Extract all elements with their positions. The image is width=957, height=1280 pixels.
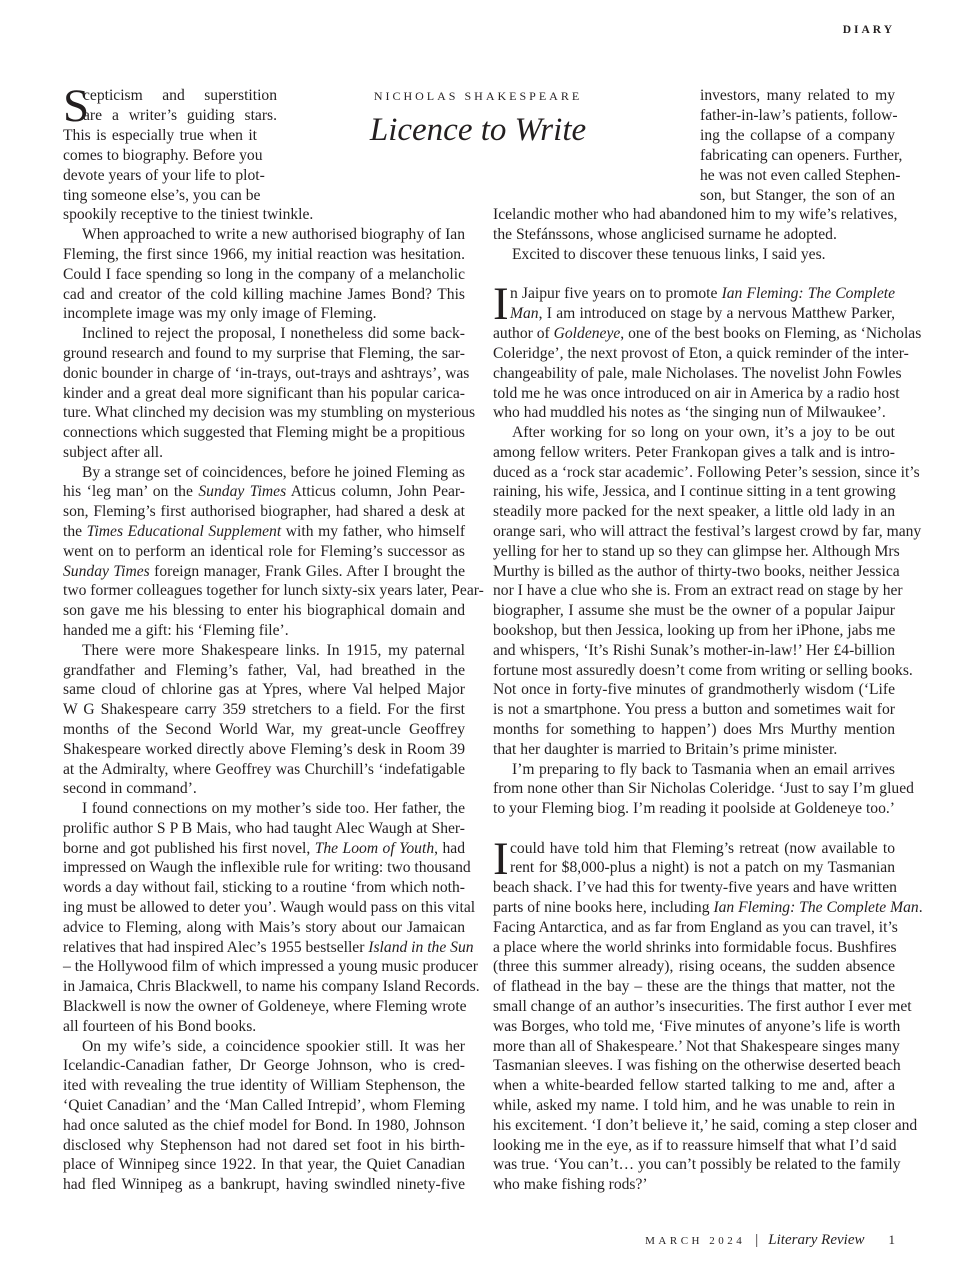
text-line: Fleming, the first since 1966, my initia… (63, 245, 465, 265)
text-line: to your Fleming biog. I’m reading it poo… (493, 799, 895, 819)
text-line: devote years of your life to plot- (63, 166, 257, 186)
text-line: Inclined to reject the proposal, I nonet… (63, 324, 465, 344)
text-line: he was not even called Stephen- (700, 166, 895, 186)
text-line: all fourteen of his Bond books. (63, 1017, 465, 1037)
text-line: ited with revealing the true identity of… (63, 1076, 465, 1096)
text-line: impressed on Waugh the inflexible rule f… (63, 858, 465, 878)
text-line: his excitement. ‘I don’t believe it,’ he… (493, 1116, 895, 1136)
text-line: investors, many related to my (700, 86, 895, 106)
text-line: spookily receptive to the tiniest twinkl… (63, 205, 465, 225)
text-line: – the Hollywood film of which impressed … (63, 957, 465, 977)
text-line: that her daughter is married to Britain’… (493, 740, 895, 760)
text-line: of flathead in the bay – these are the t… (493, 977, 895, 997)
right-column: investors, many related to myfather-in-l… (493, 0, 895, 1200)
text-line: had fled Winnipeg as a bankrupt, having … (63, 1175, 465, 1195)
text-line: orange sari, who will attract the festiv… (493, 522, 895, 542)
text-line: ing the collapse of a company (700, 126, 895, 146)
text-line: Coleridge’, the next provost of Eton, a … (493, 344, 895, 364)
dropcap-i: I (493, 839, 509, 879)
text-line: small change of an author’s insecurities… (493, 997, 895, 1017)
text-line: same cloud of chlorine gas at Ypres, whe… (63, 680, 465, 700)
text-line: place of Winnipeg since 1922. In that ye… (63, 1155, 465, 1175)
text-line: biographer, I assume she must be the own… (493, 601, 895, 621)
text-line: disclosed why Stephenson had not dared s… (63, 1136, 465, 1156)
footer-separator: | (755, 1232, 758, 1249)
text-line: Blackwell is now the owner of Goldeneye,… (63, 997, 465, 1017)
text-line: was true. ‘You can’t… you can’t possibly… (493, 1155, 895, 1175)
text-line: changeability of pale, male Nicholases. … (493, 364, 895, 384)
text-line: more than all of Shakespeare.’ Not that … (493, 1037, 895, 1057)
text-line: cad and creator of the cold killing mach… (63, 285, 465, 305)
text-line: and whispers, ‘It’s Rishi Sunak’s mother… (493, 641, 895, 661)
text-line: Excited to discover these tenuous links,… (493, 245, 895, 265)
text-line: looking me in the eye, as if to reassure… (493, 1136, 895, 1156)
text-line: n Jaipur five years on to promote Ian Fl… (510, 284, 895, 304)
text-line: borne and got published his first novel,… (63, 839, 465, 859)
text-line: I found connections on my mother’s side … (63, 799, 465, 819)
text-line: months of the Second World War, my great… (63, 720, 465, 740)
text-line: could have told him that Fleming’s retre… (510, 839, 895, 859)
dropcap-i: I (493, 284, 509, 324)
text-line: father-in-law’s patients, follow- (700, 106, 895, 126)
text-line: donic bounder in charge of ‘in-trays, ou… (63, 364, 465, 384)
text-line: W G Shakespeare carry 359 stretchers to … (63, 700, 465, 720)
text-line: Murthy is billed as the author of thirty… (493, 562, 895, 582)
text-line: son gave me his blessing to enter his bi… (63, 601, 465, 621)
text-line: yelling for her to stand up so they can … (493, 542, 895, 562)
text-line: ing must be allowed to deter you’. Waugh… (63, 898, 465, 918)
issue-date: MARCH 2024 (645, 1235, 745, 1247)
text-line: Could I face spending so long in the com… (63, 265, 465, 285)
text-line: had once saluted as the chief model for … (63, 1116, 465, 1136)
text-line: from none other than Sir Nicholas Coleri… (493, 779, 895, 799)
text-line: when a white-bearded fellow started talk… (493, 1076, 895, 1096)
text-line: duced as a ‘rock star academic’. Followi… (493, 463, 895, 483)
text-line: I’m preparing to fly back to Tasmania wh… (493, 760, 895, 780)
text-line: who had muddled his notes as ‘the singin… (493, 403, 895, 423)
text-line: his ‘leg man’ on the Sunday Times Atticu… (63, 482, 465, 502)
text-line: who make fishing rods?’ (493, 1175, 895, 1195)
footer: MARCH 2024 | Literary Review 1 (645, 1232, 895, 1249)
text-line: author of Goldeneye, one of the best boo… (493, 324, 895, 344)
text-line: On my wife’s side, a coincidence spookie… (63, 1037, 465, 1057)
text-line: son, Fleming’s first authorised biograph… (63, 502, 465, 522)
text-line: Shakespeare worked directly above Flemin… (63, 740, 465, 760)
text-line: relatives that had inspired Alec’s 1955 … (63, 938, 465, 958)
text-line: grandfather and Fleming’s father, Val, h… (63, 661, 465, 681)
page-number: 1 (889, 1232, 896, 1248)
text-line: Facing Antarctica, and as far from Engla… (493, 918, 895, 938)
text-line: words a day without fail, sticking to a … (63, 878, 465, 898)
text-line: fabricating can openers. Further, (700, 146, 895, 166)
text-line: among fellow writers. Peter Frankopan gi… (493, 443, 895, 463)
text-line: while, asked my name. I told him, and he… (493, 1096, 895, 1116)
text-line: second in command’. (63, 779, 465, 799)
text-line: (three this summer already), rising ocea… (493, 957, 895, 977)
text-line: ture. What clinched my decision was my s… (63, 403, 465, 423)
text-line: There were more Shakespeare links. In 19… (63, 641, 465, 661)
magazine-name: Literary Review (768, 1232, 864, 1249)
text-line: rent for $8,000-plus a night) is not a p… (510, 858, 895, 878)
text-line: kinder and a great deal more significant… (63, 384, 465, 404)
text-line: Icelandic mother who had abandoned him t… (493, 205, 895, 225)
text-line: Icelandic-Canadian father, Dr George Joh… (63, 1056, 465, 1076)
text-line: fortune most assuredly doesn’t come from… (493, 661, 895, 681)
text-line: is not a smartphone. You press a button … (493, 700, 895, 720)
text-line: Man, I am introduced on stage by a nervo… (510, 304, 895, 324)
text-line: months for something to happen’) does Mr… (493, 720, 895, 740)
text-line: the Times Educational Supplement with my… (63, 522, 465, 542)
text-line: advice to Fleming, along with Mais’s sto… (63, 918, 465, 938)
text-line: a place where the world shrinks into for… (493, 938, 895, 958)
text-line: prolific author S P B Mais, who had taug… (63, 819, 465, 839)
text-line: Tasmanian sleeves. I was fishing on the … (493, 1056, 895, 1076)
text-line: connections which suggested that Fleming… (63, 423, 465, 443)
text-line: Sunday Times foreign manager, Frank Gile… (63, 562, 465, 582)
text-line: Not once in forty-five minutes of grandm… (493, 680, 895, 700)
left-column: S cepticism and superstitionare a writer… (63, 0, 465, 1200)
text-line: ‘Quiet Canadian’ and the ‘Man Called Int… (63, 1096, 465, 1116)
text-line: This is especially true when it (63, 126, 257, 146)
text-line: are a writer’s guiding stars. (83, 106, 277, 126)
text-line: handed me a gift: his ‘Fleming file’. (63, 621, 465, 641)
text-line: incomplete image was my only image of Fl… (63, 304, 465, 324)
text-line: By a strange set of coincidences, before… (63, 463, 465, 483)
text-line: ground research and found to my surprise… (63, 344, 465, 364)
text-line: bookshop, but then Jessica, looking up f… (493, 621, 895, 641)
text-line: cepticism and superstition (83, 86, 277, 106)
text-line: went on to perform an identical role for… (63, 542, 465, 562)
text-line: ting someone else’s, you can be (63, 186, 257, 206)
text-line: two former colleagues together for lunch… (63, 581, 465, 601)
text-line: at the Admiralty, where Geoffrey was Chu… (63, 760, 465, 780)
text-line: the Stefánssons, whose anglicised surnam… (493, 225, 895, 245)
text-line: raining, his wife, Jessica, and I contin… (493, 482, 895, 502)
text-line: was Borges, who told me, ‘Five minutes o… (493, 1017, 895, 1037)
text-line: son, but Stanger, the son of an (700, 186, 895, 206)
text-line: nor I have a clue who she is. From an ex… (493, 581, 895, 601)
text-line: in Jamaica, Chris Blackwell, to name his… (63, 977, 465, 997)
text-line: When approached to write a new authorise… (63, 225, 465, 245)
text-line: told me he was once introduced on air in… (493, 384, 895, 404)
text-line: comes to biography. Before you (63, 146, 257, 166)
text-line: steadily more packed for the next speake… (493, 502, 895, 522)
text-line: beach shack. I’ve had this for twenty-fi… (493, 878, 895, 898)
text-line: After working for so long on your own, i… (493, 423, 895, 443)
text-line: parts of nine books here, including Ian … (493, 898, 895, 918)
text-line: subject after all. (63, 443, 465, 463)
